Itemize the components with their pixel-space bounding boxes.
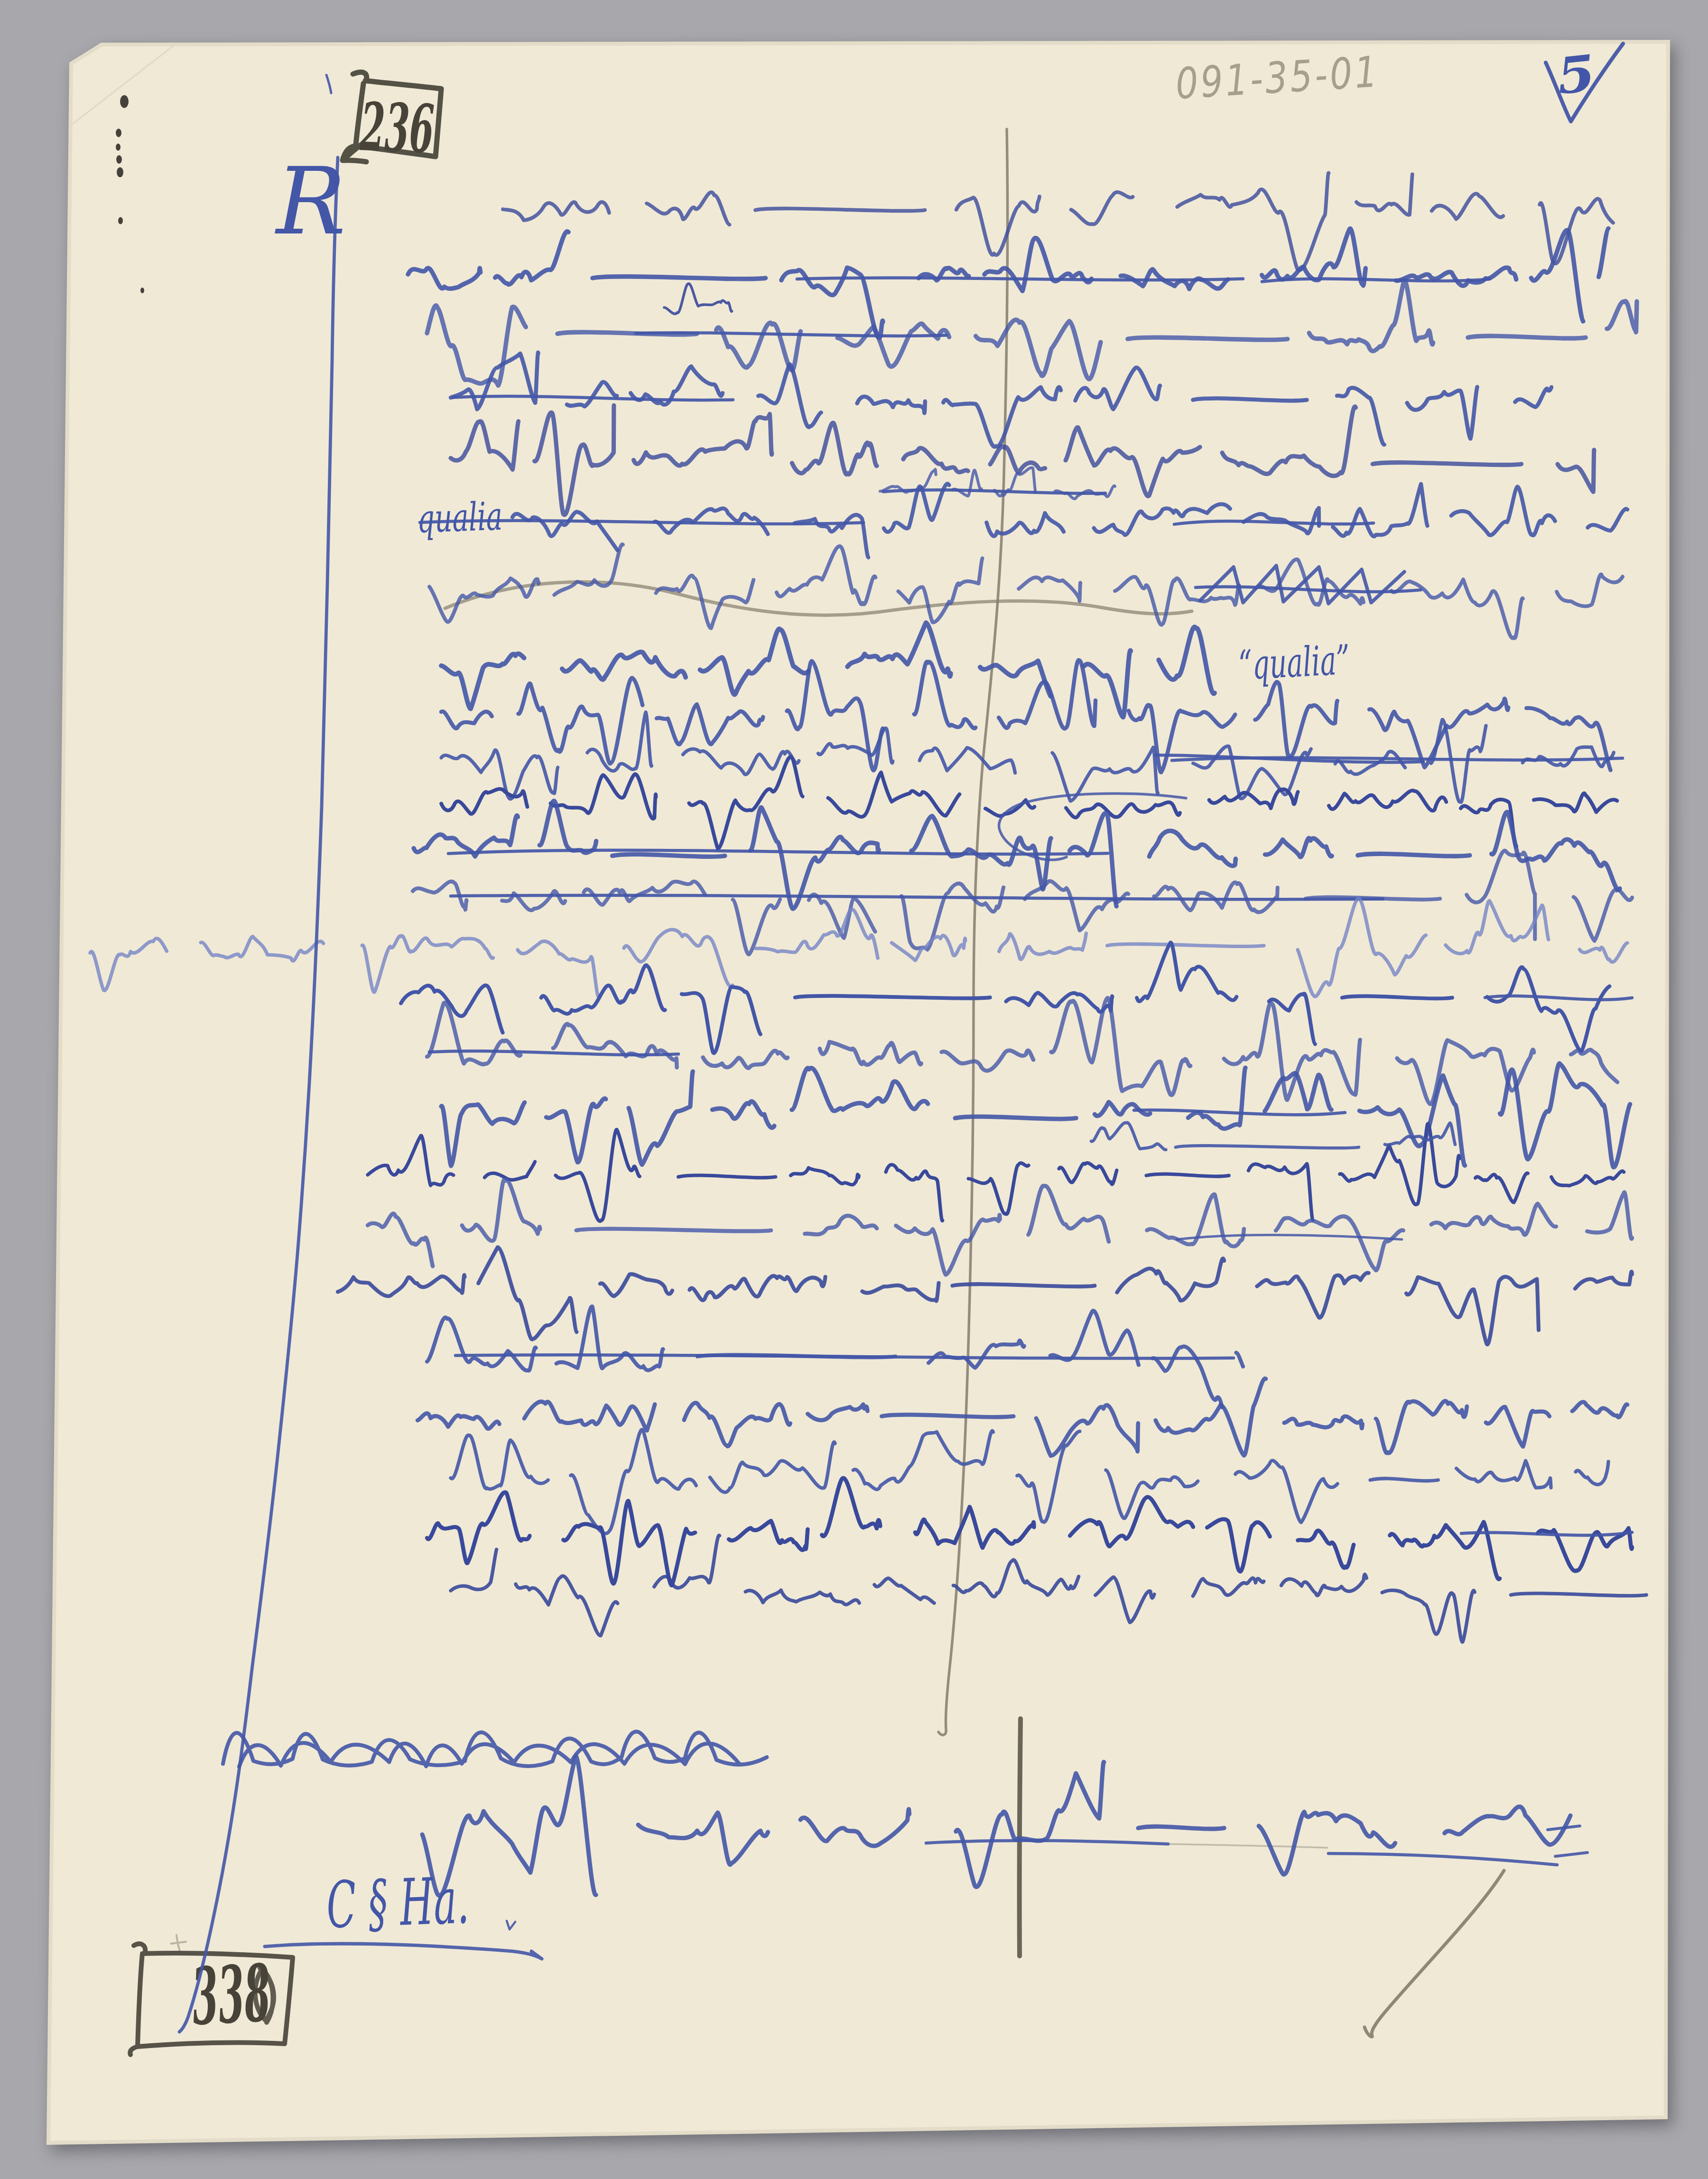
struck-word-text: qualia [416,494,503,542]
ink-speck-1 [116,129,121,137]
manuscript-scan: 091-35-01 5 236 R qualia “qualia” C § Ha… [0,0,1708,2179]
ink-speck-6 [140,288,144,293]
ink-speck-5 [118,217,123,224]
top-box-number-text: 236 [359,88,435,168]
quoted-word-text: “qualia” [1237,636,1351,689]
ink-speck-4 [117,168,123,177]
manuscript-page: 091-35-01 5 236 R qualia “qualia” C § Ha… [0,0,1708,2179]
ink-speck-0 [120,95,129,108]
ink-speck-3 [116,155,122,164]
ink-speck-2 [116,144,121,151]
